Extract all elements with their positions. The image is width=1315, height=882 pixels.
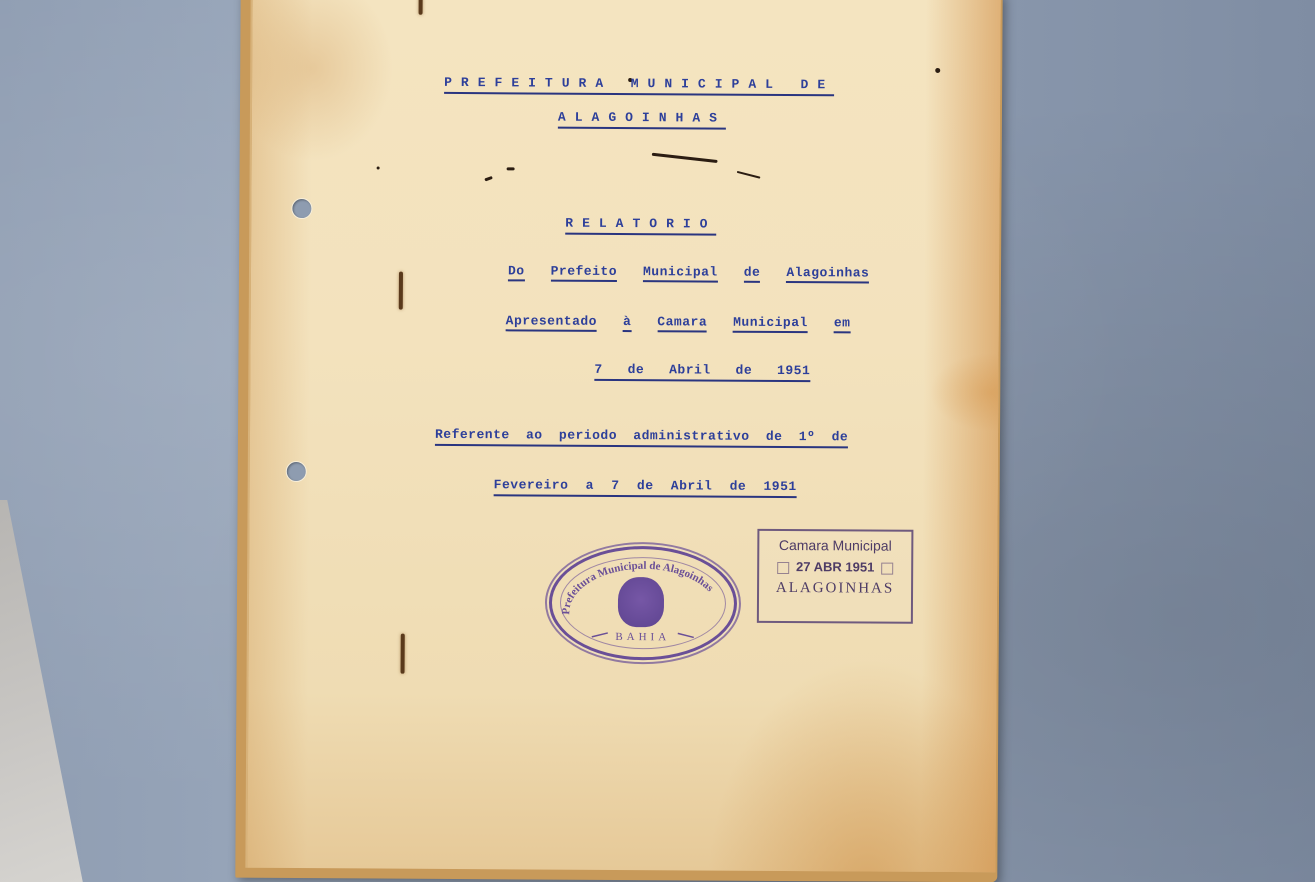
stamp-date: 27 ABR 1951 [759,559,911,575]
punch-hole-icon [286,461,307,482]
stamp-line-3: ALAGOINHAS [759,580,911,598]
header-line-2: ALAGOINHAS [558,110,726,130]
reference-line-1: Referente ao periodo administrativo de 1… [435,427,848,449]
ink-stroke [737,171,761,179]
ink-stroke [484,176,493,182]
punch-hole-icon [291,198,312,219]
stamp-square-icon [777,562,789,574]
header-word: DE [800,77,834,92]
stamp-line-1: Camara Municipal [759,537,911,554]
document-stack: PREFEITURA MUNICIPAL DE ALAGOINHAS RELAT… [235,0,1002,882]
body-line-3: 7 de Abril de 1951 [594,362,810,382]
staple-icon [419,0,423,15]
header-word: PREFEITURA [444,75,612,91]
body-line-1: DoPrefeitoMunicipaldeAlagoinhas [508,263,869,283]
stamp-square-icon [881,562,893,574]
staple-icon [401,634,405,674]
header-word: MUNICIPAL [631,76,782,92]
staple-icon [399,272,403,310]
coat-of-arms-icon [618,577,664,627]
stamp-bottom-text: BAHIA [552,631,734,644]
header-line-1: PREFEITURA MUNICIPAL DE [444,75,834,96]
prefeitura-oval-stamp: Prefeitura Municipal de Alagoinhas BAHIA [549,546,738,661]
ink-spot [935,68,940,73]
camara-date-stamp: Camara Municipal 27 ABR 1951 ALAGOINHAS [757,529,914,624]
document-page: PREFEITURA MUNICIPAL DE ALAGOINHAS RELAT… [245,0,1000,872]
reference-line-2: Fevereiro a 7 de Abril de 1951 [494,477,797,498]
body-line-2: ApresentadoàCamaraMunicipalem [506,313,851,333]
ink-stroke [652,153,718,163]
ink-spot [377,167,380,170]
ink-stroke [507,167,515,170]
document-title: RELATORIO [565,216,716,236]
